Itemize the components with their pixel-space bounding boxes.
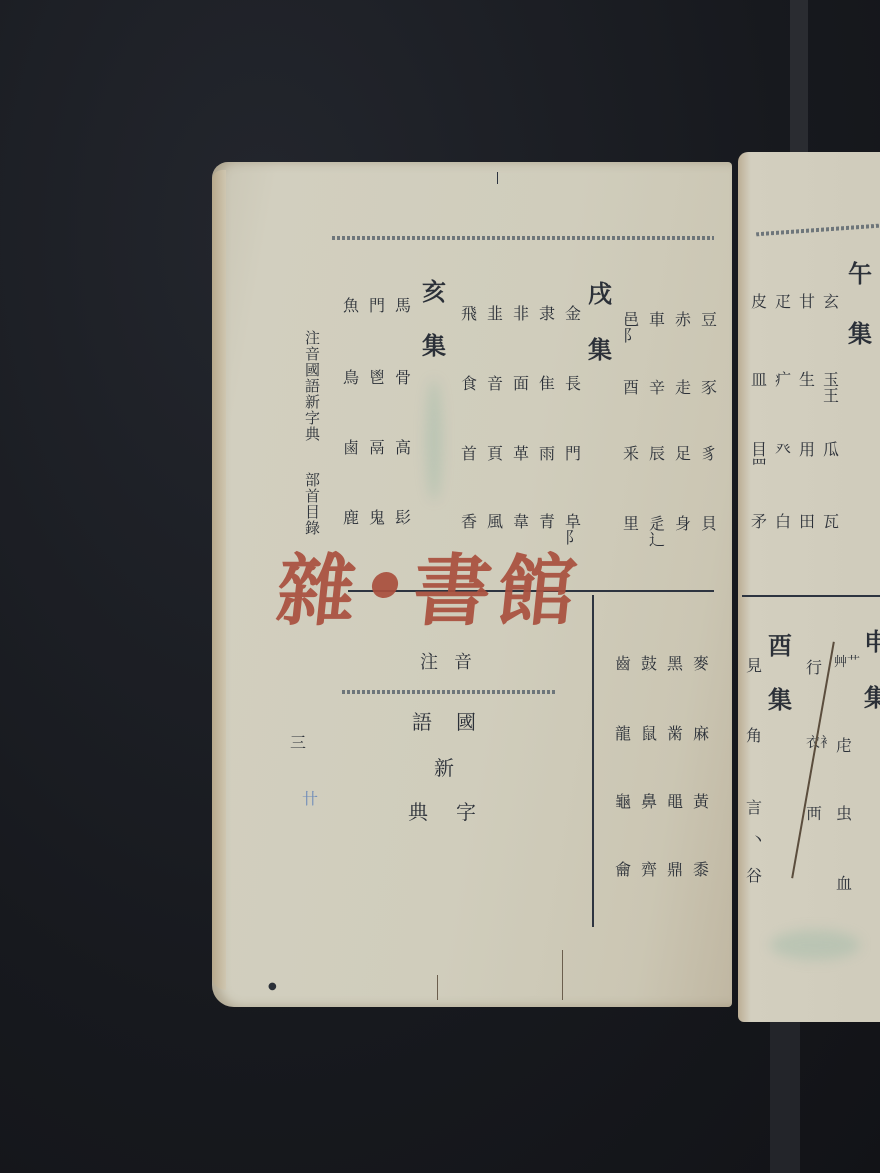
radical: 辛 — [648, 380, 666, 396]
lower-row-1: 麥 黑 鼓 齒 — [610, 656, 710, 672]
radical: 角 — [746, 728, 762, 744]
radical: 瓜 — [822, 442, 840, 474]
radical: 田 — [798, 514, 816, 530]
radical: 齒 — [614, 656, 632, 672]
blue-ink-mark: 卄 — [302, 786, 318, 809]
top-tick — [497, 172, 498, 184]
radical: 皿 — [750, 372, 768, 404]
radical: 門 — [564, 446, 582, 462]
radical: 衣衤 — [806, 736, 834, 750]
radical: 鼓 — [640, 656, 658, 672]
wu-row-1: 玄 甘 疋 皮 — [748, 294, 840, 310]
stamp-char: 雜 — [272, 529, 362, 641]
xu-row-1: 豆 赤 車 邑阝 — [618, 312, 718, 344]
wu-row-4: 瓦 田 白 矛 — [748, 514, 840, 530]
radical: 辰 — [648, 446, 666, 462]
radical: 玉王 — [822, 372, 840, 404]
radical: 黹 — [666, 726, 684, 742]
radical: 血 — [836, 876, 852, 892]
cover-title-xin: 新 — [434, 758, 454, 778]
hai-b-row-4: 髟 鬼 鹿 — [340, 510, 412, 526]
radical: 非 — [512, 306, 530, 322]
radical: 鹿 — [342, 510, 360, 526]
cover-wavy-rule — [342, 690, 556, 694]
radical: 豆 — [700, 312, 718, 344]
radical: 瓦 — [822, 514, 840, 530]
radical: 辵辶 — [648, 516, 666, 548]
water-stain — [770, 930, 860, 960]
cover-title-yu: 語 — [412, 712, 432, 732]
book-spine-bottom — [770, 1010, 800, 1173]
radical: 丶 — [750, 832, 766, 848]
ink-dot: ● — [268, 982, 277, 992]
radical: 面 — [512, 376, 530, 392]
radical: 齊 — [640, 862, 658, 878]
right-middle-rule — [742, 595, 880, 597]
radical: 虍 — [836, 738, 852, 754]
radical: 高 — [394, 440, 412, 456]
radical: 隶 — [538, 306, 556, 322]
radical: 見 — [746, 658, 762, 674]
radical: 疒 — [774, 372, 792, 404]
hai-b-row-1: 馬 門 魚 — [340, 298, 412, 314]
water-stain — [426, 380, 442, 500]
book-spine-top — [790, 0, 808, 160]
radical: 生 — [798, 372, 816, 404]
radical: 貝 — [700, 516, 718, 548]
section-hai-title-2: 集 — [422, 334, 446, 358]
xu-row-3: 豸 足 辰 釆 — [618, 446, 718, 462]
radical: 甘 — [798, 294, 816, 310]
cover-title-zi: 字 — [456, 802, 476, 822]
xu-row-4: 貝 身 辵辶 里 — [618, 516, 718, 548]
radical: 襾 — [806, 806, 822, 822]
page-tear — [437, 975, 438, 1000]
radical: 矛 — [750, 514, 768, 530]
wu-row-3: 瓜 用 癶 目罒 — [748, 442, 840, 474]
section-wu-title-1: 午 — [848, 262, 872, 286]
radical: 鬯 — [368, 370, 386, 386]
radical: 行 — [806, 660, 822, 676]
radical: 豸 — [700, 446, 718, 462]
lower-row-3: 黃 黽 鼻 龜 — [610, 794, 710, 810]
radical: 髟 — [394, 510, 412, 526]
radical: 皮 — [750, 294, 768, 310]
stamp-char: 館 — [492, 529, 582, 641]
radical: 食 — [460, 376, 478, 392]
section-wu-title-2: 集 — [848, 322, 872, 346]
radical: 長 — [564, 376, 582, 392]
wu-row-2: 玉王 生 疒 皿 — [748, 372, 840, 404]
radical: 艸艹 — [834, 656, 860, 669]
collector-stamp: 雜 書 館 — [273, 535, 582, 635]
radical: 用 — [798, 442, 816, 474]
radical: 里 — [622, 516, 640, 548]
radical: 谷 — [746, 868, 762, 884]
radical: 龍 — [614, 726, 632, 742]
cover-title-dian: 典 — [408, 802, 428, 822]
radical: 鼠 — [640, 726, 658, 742]
radical: 鹵 — [342, 440, 360, 456]
radical: 身 — [674, 516, 692, 548]
radical: 革 — [512, 446, 530, 462]
radical: 鬼 — [368, 510, 386, 526]
radical: 赤 — [674, 312, 692, 344]
radical: 音 — [486, 376, 504, 392]
side-subtitle: 部首目錄 — [302, 472, 323, 536]
page-number: 三 — [290, 730, 306, 753]
section-shen-title-1: 申 — [864, 630, 880, 654]
section-you-title-2: 集 — [768, 688, 792, 712]
hai-b-row-2: 骨 鬯 鳥 — [340, 370, 412, 386]
radical: 龠 — [614, 862, 632, 878]
section-shen-title-2: 集 — [864, 686, 880, 710]
radical: 釆 — [622, 446, 640, 462]
radical: 目罒 — [750, 442, 768, 474]
radical: 隹 — [538, 376, 556, 392]
radical: 黑 — [666, 656, 684, 672]
radical: 門 — [368, 298, 386, 314]
side-title: 注音國語新字典 — [302, 330, 323, 442]
radical: 韭 — [486, 306, 504, 322]
radical: 足 — [674, 446, 692, 462]
section-xu-title-1: 戌 — [588, 282, 612, 306]
hai-row-1: 金 隶 非 韭 飛 — [456, 306, 582, 322]
radical: 鼻 — [640, 794, 658, 810]
radical: 頁 — [486, 446, 504, 462]
section-xu-title-2: 集 — [588, 338, 612, 362]
radical: 車 — [648, 312, 666, 344]
stamp-dot — [371, 572, 400, 598]
radical: 馬 — [394, 298, 412, 314]
radical: 麻 — [692, 726, 710, 742]
radical: 虫 — [836, 806, 852, 822]
lower-row-2: 麻 黹 鼠 龍 — [610, 726, 710, 742]
stamp-char: 書 — [408, 529, 498, 641]
hai-b-row-3: 高 鬲 鹵 — [340, 440, 412, 456]
section-hai-title-1: 亥 — [422, 280, 446, 304]
radical: 黽 — [666, 794, 684, 810]
radical: 黃 — [692, 794, 710, 810]
radical: 黍 — [692, 862, 710, 878]
radical: 麥 — [692, 656, 710, 672]
radical: 走 — [674, 380, 692, 396]
hai-row-2: 長 隹 面 音 食 — [456, 376, 582, 392]
cover-title-guo: 國 — [456, 712, 476, 732]
radical: 豕 — [700, 380, 718, 396]
top-wavy-rule — [332, 236, 714, 240]
vertical-divider — [592, 595, 594, 927]
radical: 魚 — [342, 298, 360, 314]
radical: 飛 — [460, 306, 478, 322]
section-you-title-1: 酉 — [768, 634, 792, 658]
cover-label-zhu: 注音 — [420, 654, 488, 672]
radical: 首 — [460, 446, 478, 462]
radical: 邑阝 — [622, 312, 640, 344]
radical: 玄 — [822, 294, 840, 310]
hai-row-3: 門 雨 革 頁 首 — [456, 446, 582, 462]
radical: 金 — [564, 306, 582, 322]
radical: 鳥 — [342, 370, 360, 386]
left-page-edge — [212, 170, 226, 990]
page-tear — [562, 950, 563, 1000]
radical: 言 — [746, 800, 762, 816]
radical: 鼎 — [666, 862, 684, 878]
radical: 骨 — [394, 370, 412, 386]
radical: 癶 — [774, 442, 792, 474]
xu-row-2: 豕 走 辛 酉 — [618, 380, 718, 396]
radical: 白 — [774, 514, 792, 530]
radical: 鬲 — [368, 440, 386, 456]
lower-row-4: 黍 鼎 齊 龠 — [610, 862, 710, 878]
radical: 酉 — [622, 380, 640, 396]
radical: 雨 — [538, 446, 556, 462]
radical: 龜 — [614, 794, 632, 810]
radical: 疋 — [774, 294, 792, 310]
